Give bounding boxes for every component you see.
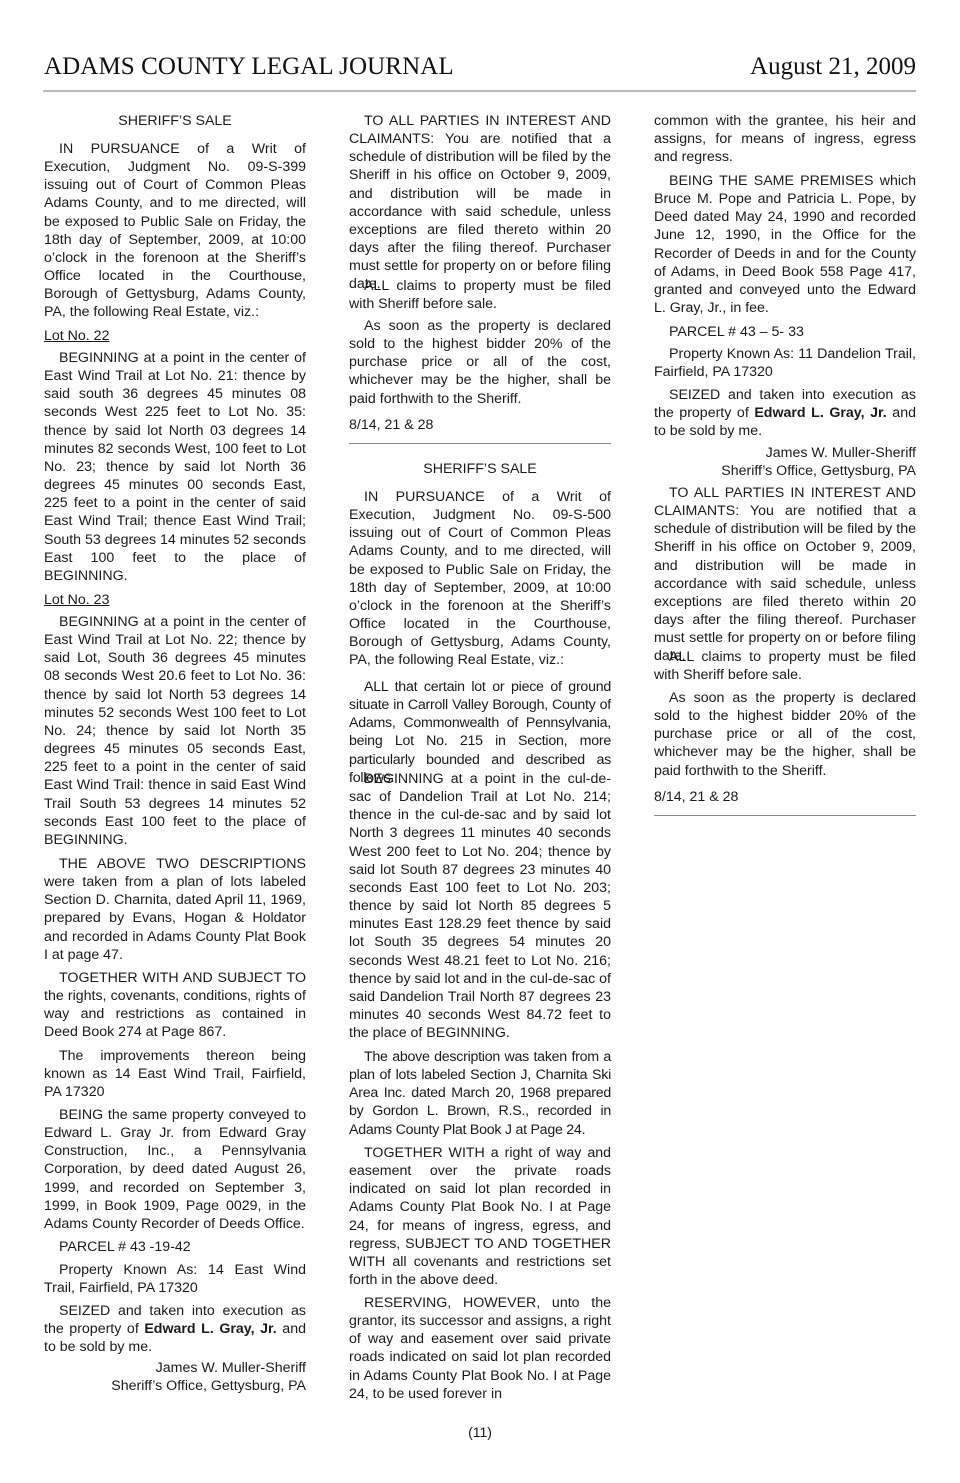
notice-2-title: SHERIFF’S SALE: [349, 460, 611, 478]
notice-1-intro: IN PURSUANCE of a Writ of Execution, Jud…: [44, 140, 306, 322]
notice-2-intro: IN PURSUANCE of a Writ of Execution, Jud…: [349, 488, 611, 670]
notice-1-parcel: PARCEL # 43 -19-42: [44, 1238, 306, 1256]
notice-1-plan-reference: THE ABOVE TWO DESCRIPTIONS were taken fr…: [44, 855, 306, 964]
notice-2-to-all-parties: TO ALL PARTIES IN INTEREST AND CLAIMANTS…: [654, 484, 916, 666]
lot-23-heading: Lot No. 23: [44, 591, 306, 609]
lot-23-description: BEGINNING at a point in the center of Ea…: [44, 613, 306, 849]
lot-22-heading: Lot No. 22: [44, 327, 306, 345]
masthead-divider: [43, 90, 916, 92]
page-number: (11): [0, 1424, 960, 1440]
notice-1-signature-office: Sheriff’s Office, Gettysburg, PA: [44, 1377, 306, 1395]
notice-1-being-same: BEING the same property conveyed to Edwa…: [44, 1106, 306, 1233]
notice-1-as-soon-as: As soon as the property is declared sold…: [349, 317, 611, 408]
notice-2-parcel: PARCEL # 43 – 5- 33: [654, 323, 916, 341]
notice-1-improvements: The improvements thereon being known as …: [44, 1047, 306, 1101]
notice-1-seized: SEIZED and taken into execution as the p…: [44, 1302, 306, 1356]
notice-2-signature-name: James W. Muller-Sheriff: [654, 444, 916, 462]
notice-2-being-same: BEING THE SAME PREMISES which Bruce M. P…: [654, 172, 916, 317]
notice-divider: [349, 443, 611, 444]
notice-1-property-known-as: Property Known As: 14 East Wind Trail, F…: [44, 1261, 306, 1297]
notice-1-all-claims: ALL claims to property must be filed wit…: [349, 277, 611, 313]
notice-2-together-with: TOGETHER WITH a right of way and easemen…: [349, 1144, 611, 1289]
notice-1-together-with: TOGETHER WITH AND SUBJECT TO the rights,…: [44, 969, 306, 1042]
notice-2-reserving-continued: common with the grantee, his heir and as…: [654, 112, 916, 166]
notice-2-all-claims: ALL claims to property must be filed wit…: [654, 648, 916, 684]
notice-end-divider: [654, 815, 916, 816]
notice-2-plan-reference: The above description was taken from a p…: [349, 1048, 611, 1139]
notice-2-as-soon-as: As soon as the property is declared sold…: [654, 689, 916, 780]
notice-2-beginning: BEGINNING at a point in the cul-de-sac o…: [349, 770, 611, 1042]
notice-1-title: SHERIFF’S SALE: [44, 112, 306, 130]
publication-title: ADAMS COUNTY LEGAL JOURNAL: [44, 52, 454, 82]
defendant-name: Edward L. Gray, Jr.: [754, 405, 886, 421]
defendant-name: Edward L. Gray, Jr.: [144, 1321, 276, 1337]
issue-date: August 21, 2009: [750, 52, 916, 82]
notice-2-property-known-as: Property Known As: 11 Dandelion Trail, F…: [654, 345, 916, 381]
notice-1-run-dates: 8/14, 21 & 28: [349, 416, 611, 434]
notice-1-signature-name: James W. Muller-Sheriff: [44, 1359, 306, 1377]
notice-1-to-all-parties: TO ALL PARTIES IN INTEREST AND CLAIMANTS…: [349, 112, 611, 294]
notice-2-seized: SEIZED and taken into execution as the p…: [654, 386, 916, 440]
notice-2-run-dates: 8/14, 21 & 28: [654, 788, 916, 806]
lot-22-description: BEGINNING at a point in the center of Ea…: [44, 349, 306, 585]
notice-2-reserving: RESERVING, HOWEVER, unto the grantor, it…: [349, 1294, 611, 1403]
notice-2-signature-office: Sheriff’s Office, Gettysburg, PA: [654, 462, 916, 480]
